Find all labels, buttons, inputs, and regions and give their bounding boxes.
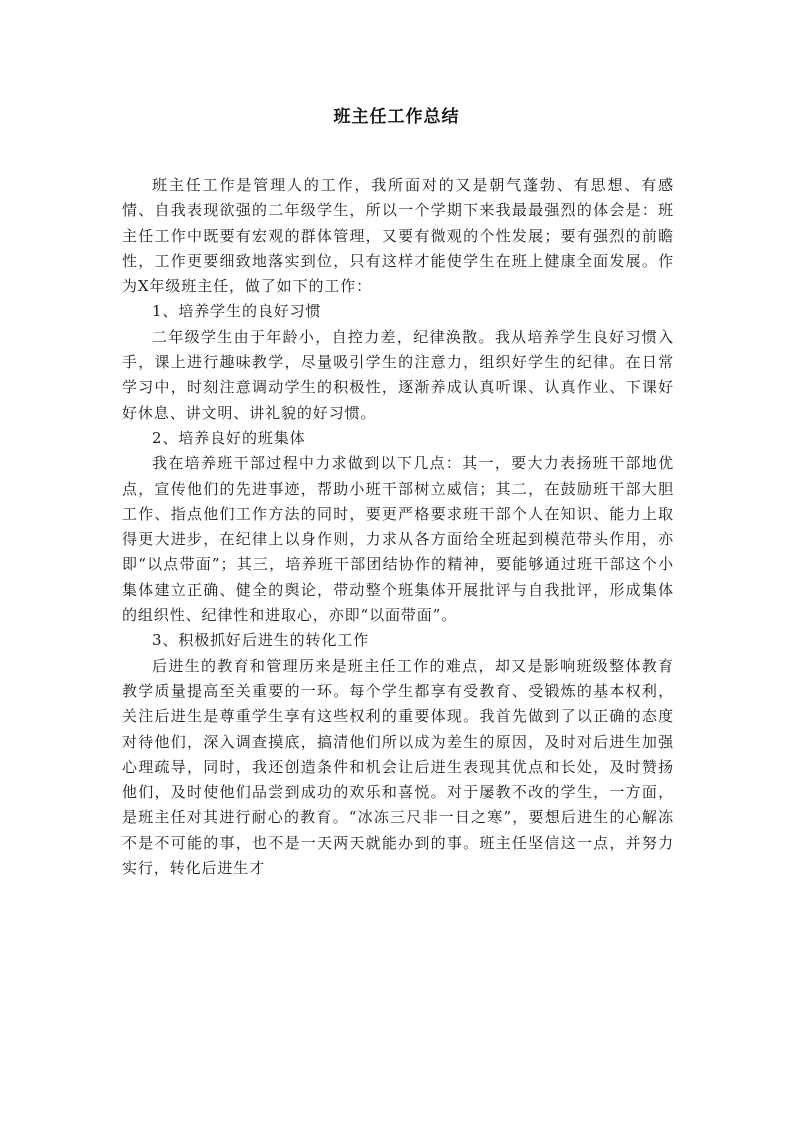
document-body: 班主任工作是管理人的工作，我所面对的又是朝气蓬勃、有思想、有感情、自我表现欲强的… (122, 173, 674, 881)
section-heading-3: 3、积极抓好后进生的转化工作 (122, 628, 674, 653)
intro-paragraph: 班主任工作是管理人的工作，我所面对的又是朝气蓬勃、有思想、有感情、自我表现欲强的… (122, 173, 674, 299)
document-page: 班主任工作总结 班主任工作是管理人的工作，我所面对的又是朝气蓬勃、有思想、有感情… (0, 0, 793, 1122)
section-body-2: 我在培养班干部过程中力求做到以下几点：其一，要大力表扬班干部地优点，宣传他们的先… (122, 451, 674, 628)
section-body-1: 二年级学生由于年龄小，自控力差，纪律涣散。我从培养学生良好习惯入手，课上进行趣味… (122, 325, 674, 426)
section-heading-1: 1、培养学生的良好习惯 (122, 299, 674, 324)
section-body-3: 后进生的教育和管理历来是班主任工作的难点，却又是影响班级整体教育教学质量提高至关… (122, 654, 674, 882)
section-heading-2: 2、培养良好的班集体 (122, 426, 674, 451)
document-title: 班主任工作总结 (0, 104, 793, 130)
